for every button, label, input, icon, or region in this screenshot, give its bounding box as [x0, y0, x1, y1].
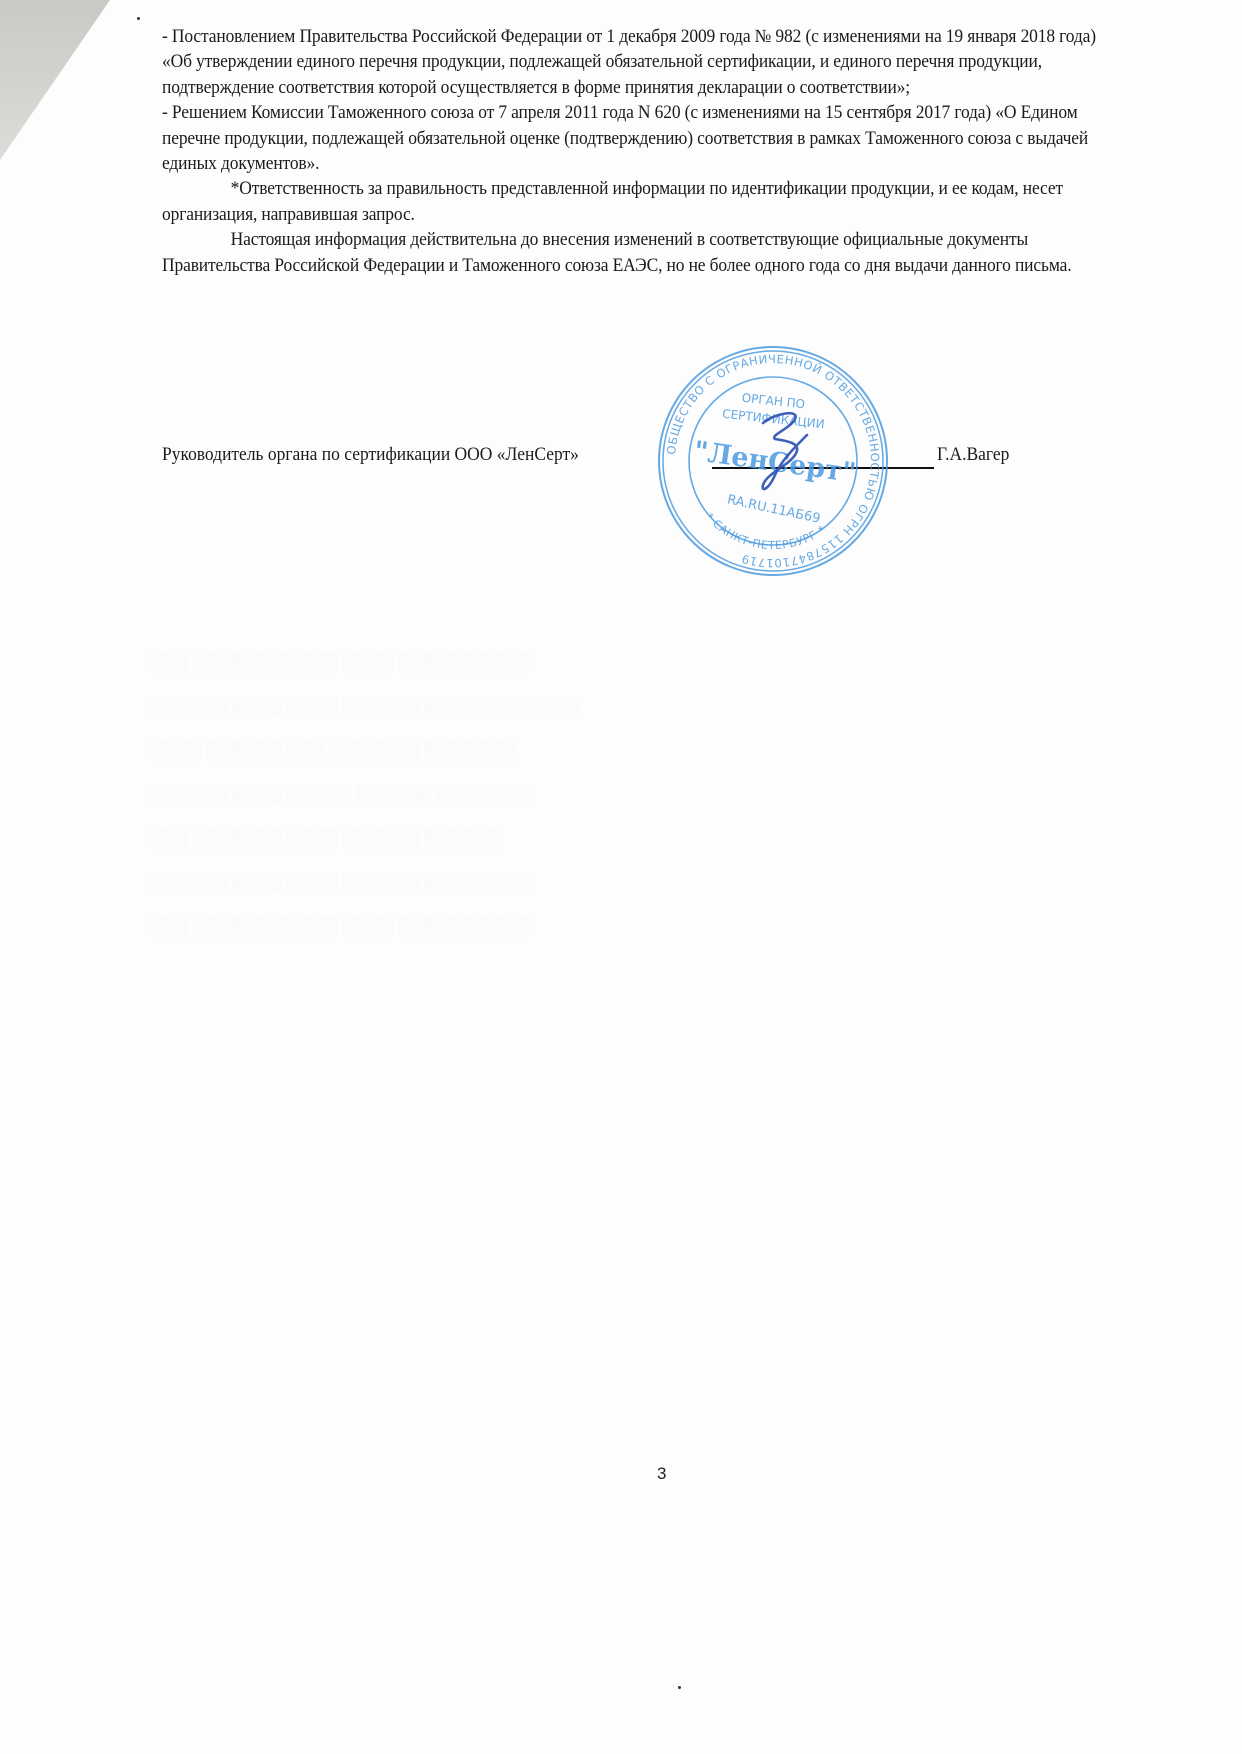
- signatory-name: Г.А.Вагер: [937, 444, 1009, 466]
- signatory-position: Руководитель органа по сертификации ООО …: [162, 444, 579, 466]
- bleed-through-text: ░░░ ░░░░░░ ░░░░░ ░░░░ ░░░░░░ ░░░░ ░░░░░░…: [150, 640, 1100, 1060]
- paragraph-decision-620: - Решением Комиссии Таможенного союза от…: [162, 100, 1111, 176]
- handwritten-signature: [745, 405, 815, 500]
- scan-speck: [678, 1686, 681, 1689]
- scan-shadow: [0, 0, 110, 160]
- paragraph-responsibility-note: *Ответственность за правильность предста…: [162, 176, 1111, 227]
- letter-body: - Постановлением Правительства Российско…: [162, 24, 1111, 278]
- paragraph-validity-note: Настоящая информация действительна до вн…: [162, 227, 1111, 278]
- scan-speck: [137, 17, 140, 20]
- page-number: 3: [657, 1464, 666, 1484]
- paragraph-decree-982: - Постановлением Правительства Российско…: [162, 24, 1111, 100]
